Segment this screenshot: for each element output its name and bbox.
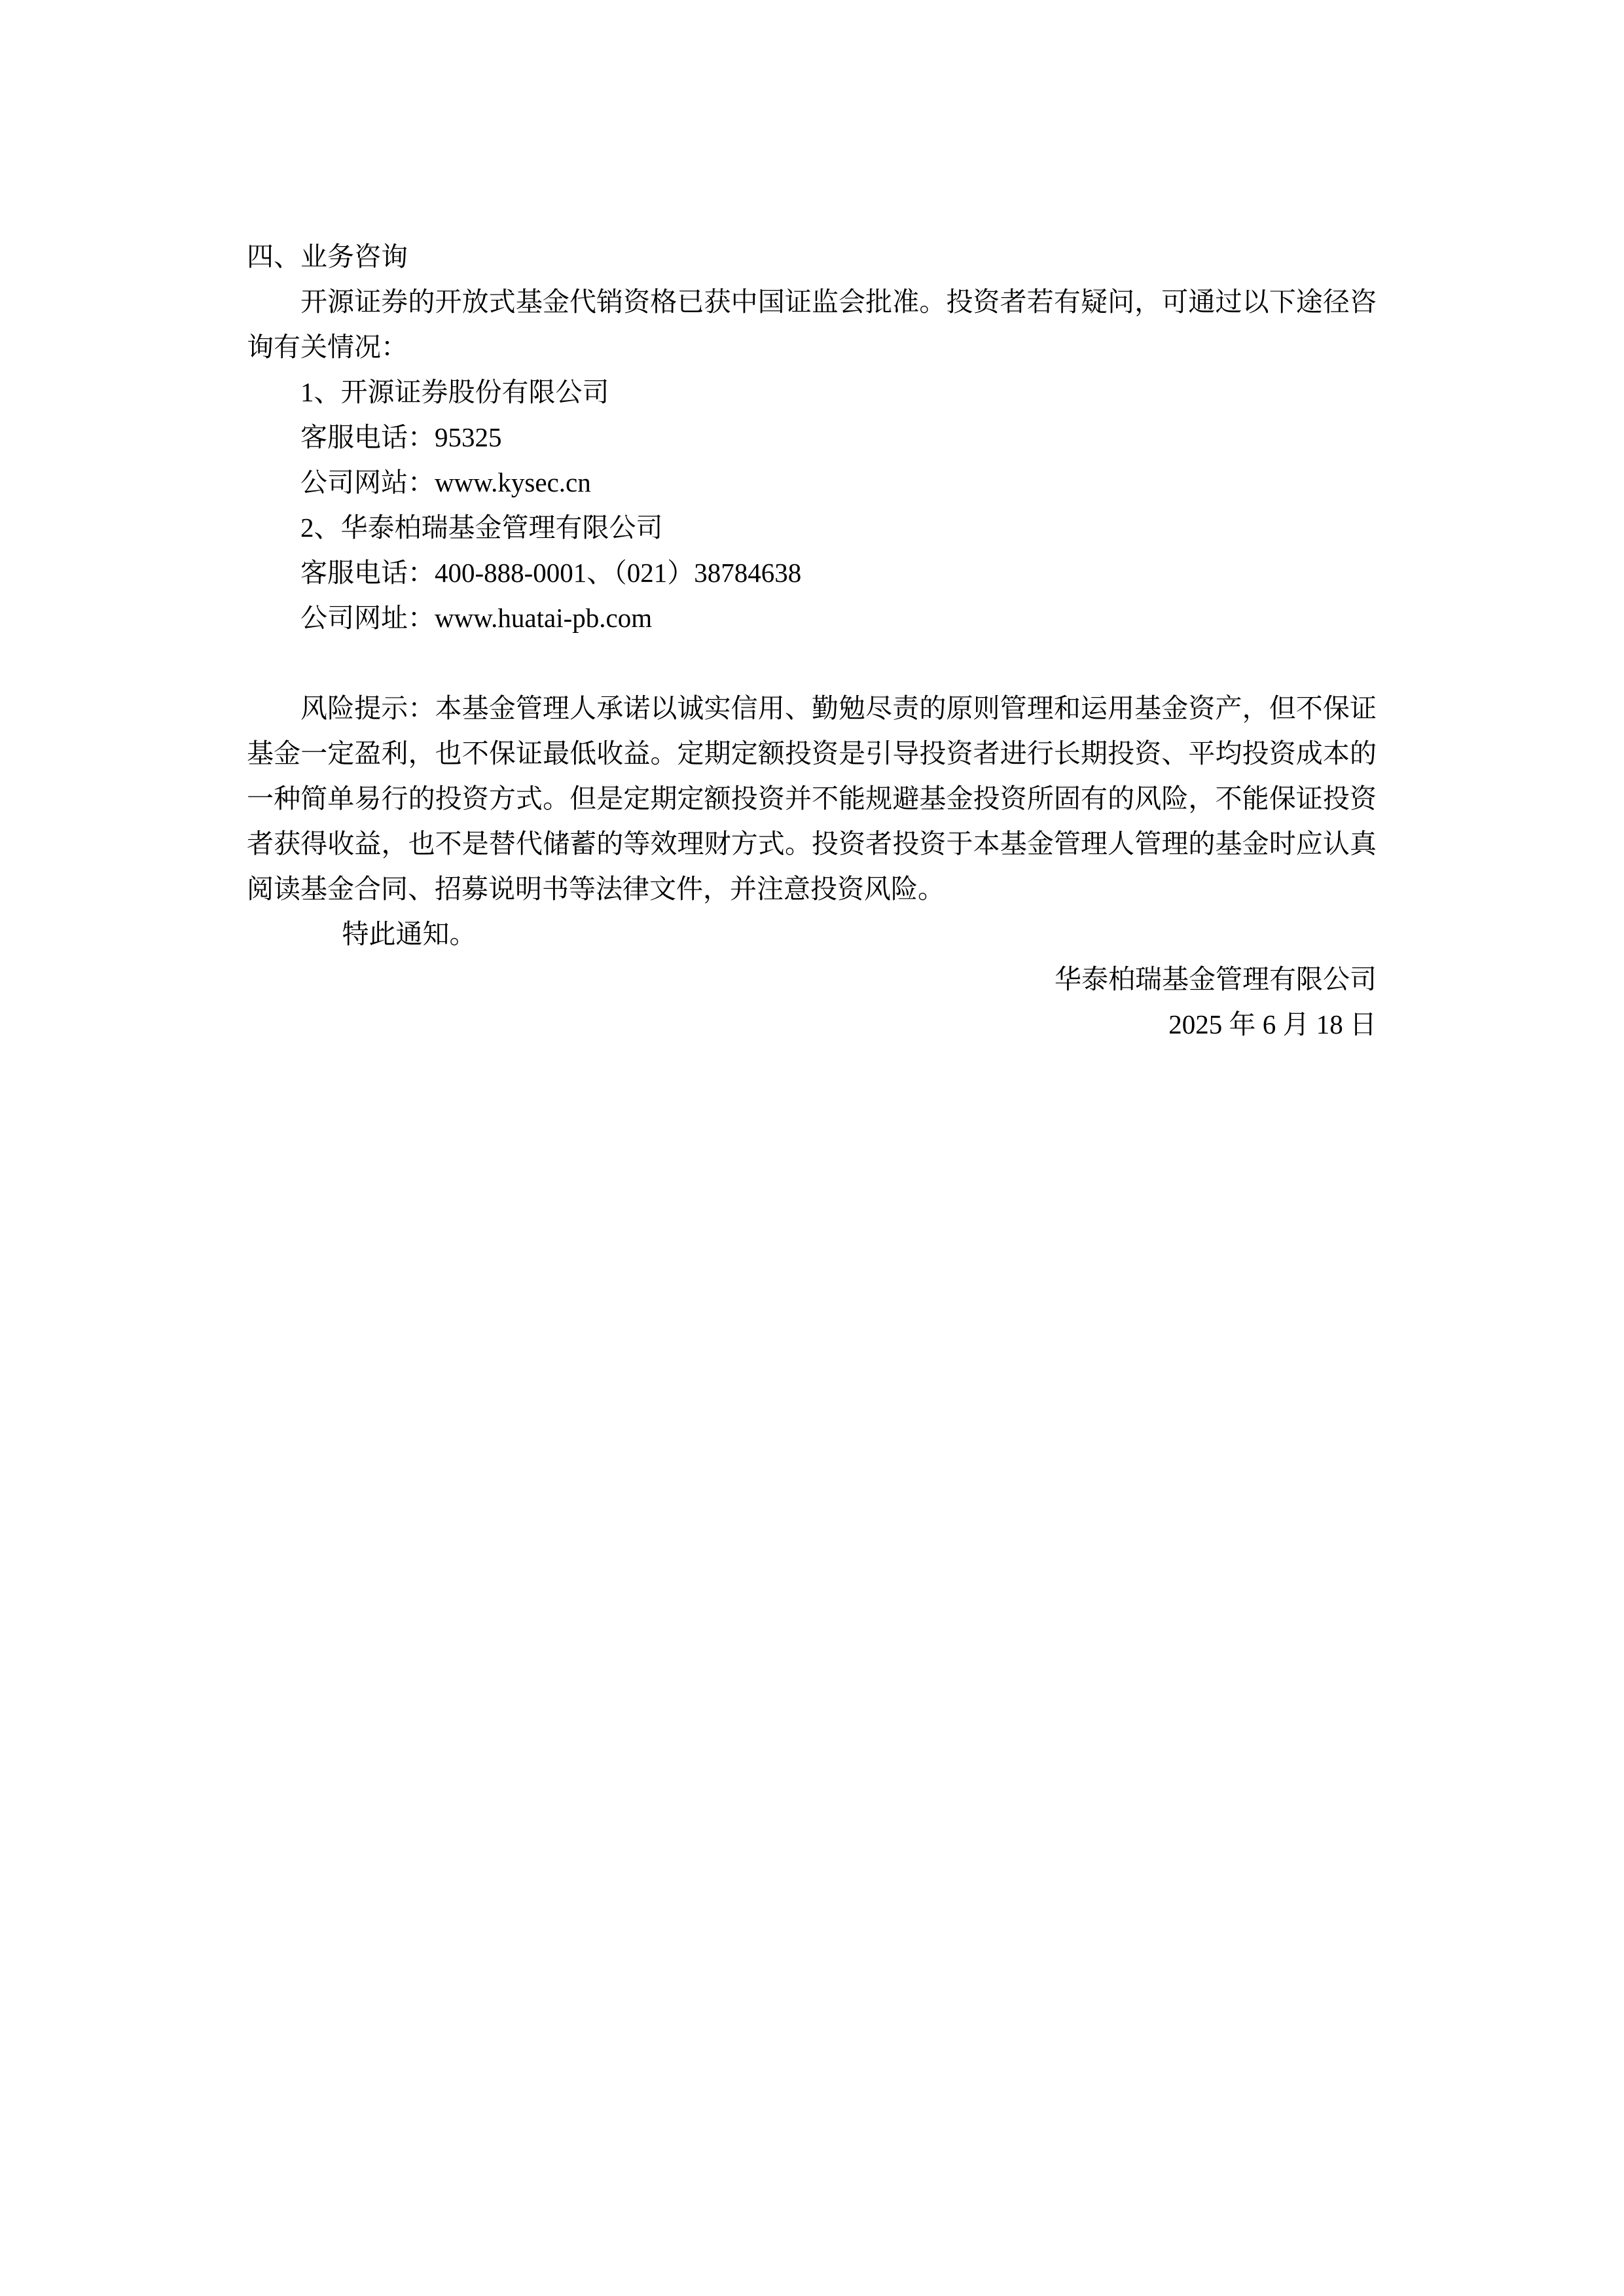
section-heading: 四、业务咨询 xyxy=(247,234,1377,279)
contact-2-title: 2、华泰柏瑞基金管理有限公司 xyxy=(247,505,1377,550)
signature-line: 华泰柏瑞基金管理有限公司 xyxy=(247,957,1377,1002)
risk-paragraph: 风险提示：本基金管理人承诺以诚实信用、勤勉尽责的原则管理和运用基金资产，但不保证… xyxy=(247,686,1377,912)
contact-1-title: 1、开源证券股份有限公司 xyxy=(247,370,1377,415)
intro-paragraph: 开源证券的开放式基金代销资格已获中国证监会批准。投资者若有疑问，可通过以下途径咨… xyxy=(247,279,1377,370)
contact-1-website: 公司网站：www.kysec.cn xyxy=(247,460,1377,505)
blank-line xyxy=(247,641,1377,686)
notice-line: 特此通知。 xyxy=(247,912,1377,957)
date-line: 2025 年 6 月 18 日 xyxy=(247,1002,1377,1047)
contact-2-website: 公司网址：www.huatai-pb.com xyxy=(247,596,1377,641)
document-content: 四、业务咨询 开源证券的开放式基金代销资格已获中国证监会批准。投资者若有疑问，可… xyxy=(247,234,1377,1047)
contact-1-phone: 客服电话：95325 xyxy=(247,415,1377,460)
contact-2-phone: 客服电话：400-888-0001、（021）38784638 xyxy=(247,550,1377,596)
document-page: 四、业务咨询 开源证券的开放式基金代销资格已获中国证监会批准。投资者若有疑问，可… xyxy=(0,0,1624,2296)
